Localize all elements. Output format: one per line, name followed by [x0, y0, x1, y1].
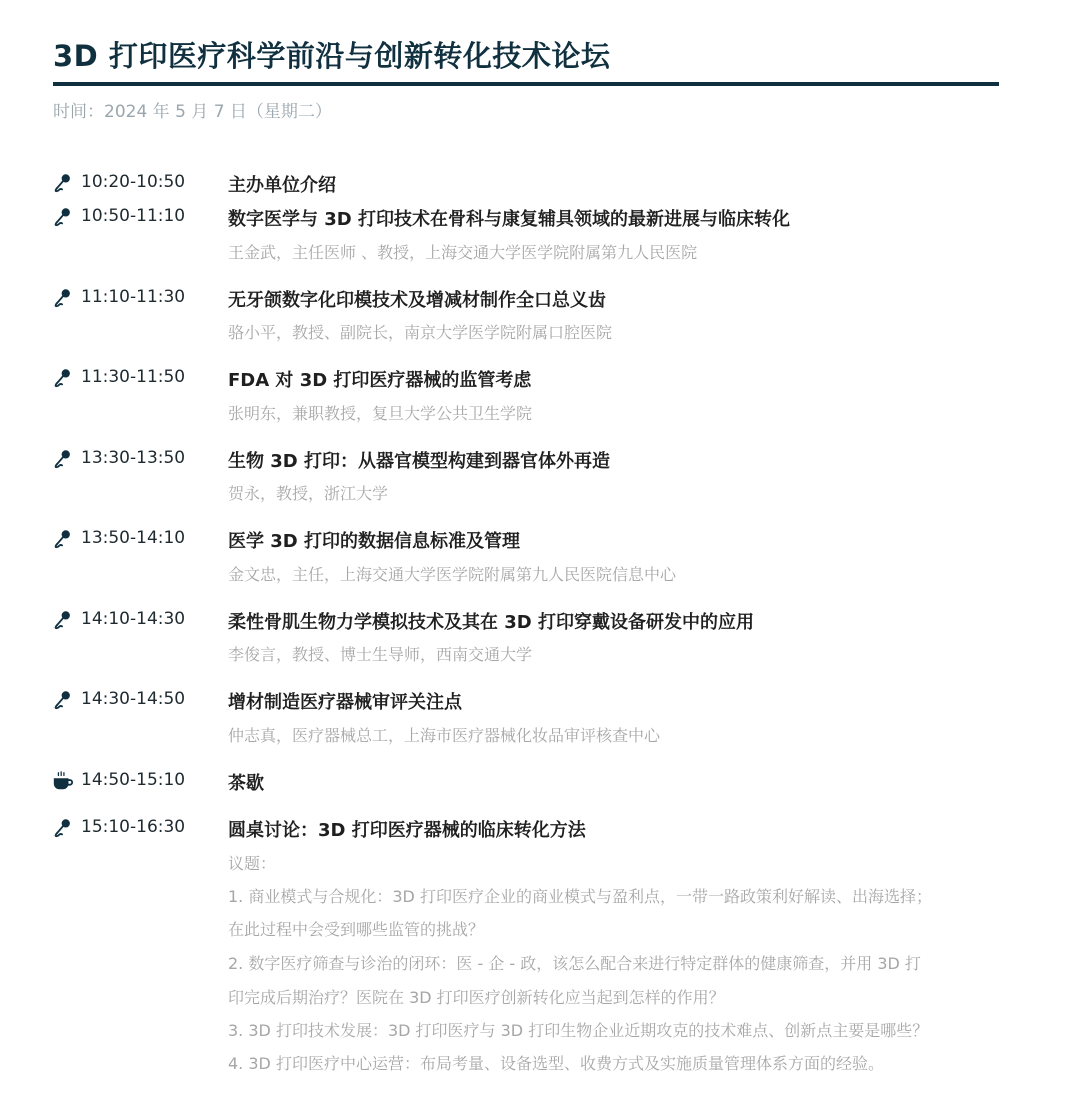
title-divider — [53, 82, 999, 86]
session-speaker: 仲志真，医疗器械总工，上海市医疗器械化妆品审评核查中心 — [228, 723, 660, 746]
session-time: 15:10-16:30 — [81, 817, 185, 837]
session-time: 10:20-10:50 — [81, 172, 185, 192]
page-title: 3D 打印医疗科学前沿与创新转化技术论坛 — [53, 34, 610, 75]
microphone-icon — [52, 817, 74, 839]
session-title: 数字医学与 3D 打印技术在骨科与康复辅具领域的最新进展与临床转化 — [228, 205, 790, 231]
session-title: 医学 3D 打印的数据信息标准及管理 — [228, 527, 520, 553]
session-time: 14:30-14:50 — [81, 689, 185, 709]
session-time: 14:10-14:30 — [81, 609, 185, 629]
microphone-icon — [52, 689, 74, 711]
session-speaker: 王金武，主任医师 、教授，上海交通大学医学院附属第九人民医院 — [228, 240, 697, 263]
session-speaker: 贺永，教授，浙江大学 — [228, 481, 388, 504]
session-title: 柔性骨肌生物力学模拟技术及其在 3D 打印穿戴设备研发中的应用 — [228, 608, 754, 634]
session-title: 主办单位介绍 — [228, 171, 336, 197]
topic-line: 4. 3D 打印医疗中心运营：布局考量、设备选型、收费方式及实施质量管理体系方面… — [228, 1051, 884, 1074]
session-title: 无牙颌数字化印模技术及增减材制作全口总义齿 — [228, 286, 606, 312]
microphone-icon — [52, 528, 74, 550]
topic-line: 3. 3D 打印技术发展：3D 打印医疗与 3D 打印生物企业近期攻克的技术难点… — [228, 1018, 928, 1041]
topic-line: 1. 商业模式与合规化：3D 打印医疗企业的商业模式与盈利点，一带一路政策利好解… — [228, 884, 932, 907]
event-date: 时间：2024 年 5 月 7 日（星期二） — [53, 97, 332, 122]
microphone-icon — [52, 609, 74, 631]
topic-line: 在此过程中会受到哪些监管的挑战？ — [228, 917, 484, 940]
session-title: 圆桌讨论：3D 打印医疗器械的临床转化方法 — [228, 816, 586, 842]
microphone-icon — [52, 172, 74, 194]
microphone-icon — [52, 448, 74, 470]
coffee-cup-icon — [52, 770, 74, 792]
topic-line: 2. 数字医疗筛查与诊治的闭环：医 - 企 - 政，该怎么配合来进行特定群体的健… — [228, 951, 921, 974]
session-speaker: 金文忠，主任，上海交通大学医学院附属第九人民医院信息中心 — [228, 562, 676, 585]
topics-label: 议题： — [228, 851, 276, 874]
microphone-icon — [52, 206, 74, 228]
session-speaker: 张明东，兼职教授，复旦大学公共卫生学院 — [228, 401, 532, 424]
session-speaker: 骆小平，教授、副院长，南京大学医学院附属口腔医院 — [228, 320, 612, 343]
session-title: 生物 3D 打印：从器官模型构建到器官体外再造 — [228, 447, 610, 473]
session-title: 增材制造医疗器械审评关注点 — [228, 688, 462, 714]
session-time: 11:30-11:50 — [81, 367, 185, 387]
session-title: FDA 对 3D 打印医疗器械的监管考虑 — [228, 366, 531, 392]
session-time: 13:30-13:50 — [81, 448, 185, 468]
microphone-icon — [52, 367, 74, 389]
session-time: 13:50-14:10 — [81, 528, 185, 548]
session-time: 10:50-11:10 — [81, 206, 185, 226]
microphone-icon — [52, 287, 74, 309]
topic-line: 印完成后期治疗？医院在 3D 打印医疗创新转化应当起到怎样的作用？ — [228, 985, 725, 1008]
session-time: 14:50-15:10 — [81, 770, 185, 790]
session-speaker: 李俊言，教授、博士生导师，西南交通大学 — [228, 642, 532, 665]
session-title: 茶歇 — [228, 769, 264, 795]
session-time: 11:10-11:30 — [81, 287, 185, 307]
